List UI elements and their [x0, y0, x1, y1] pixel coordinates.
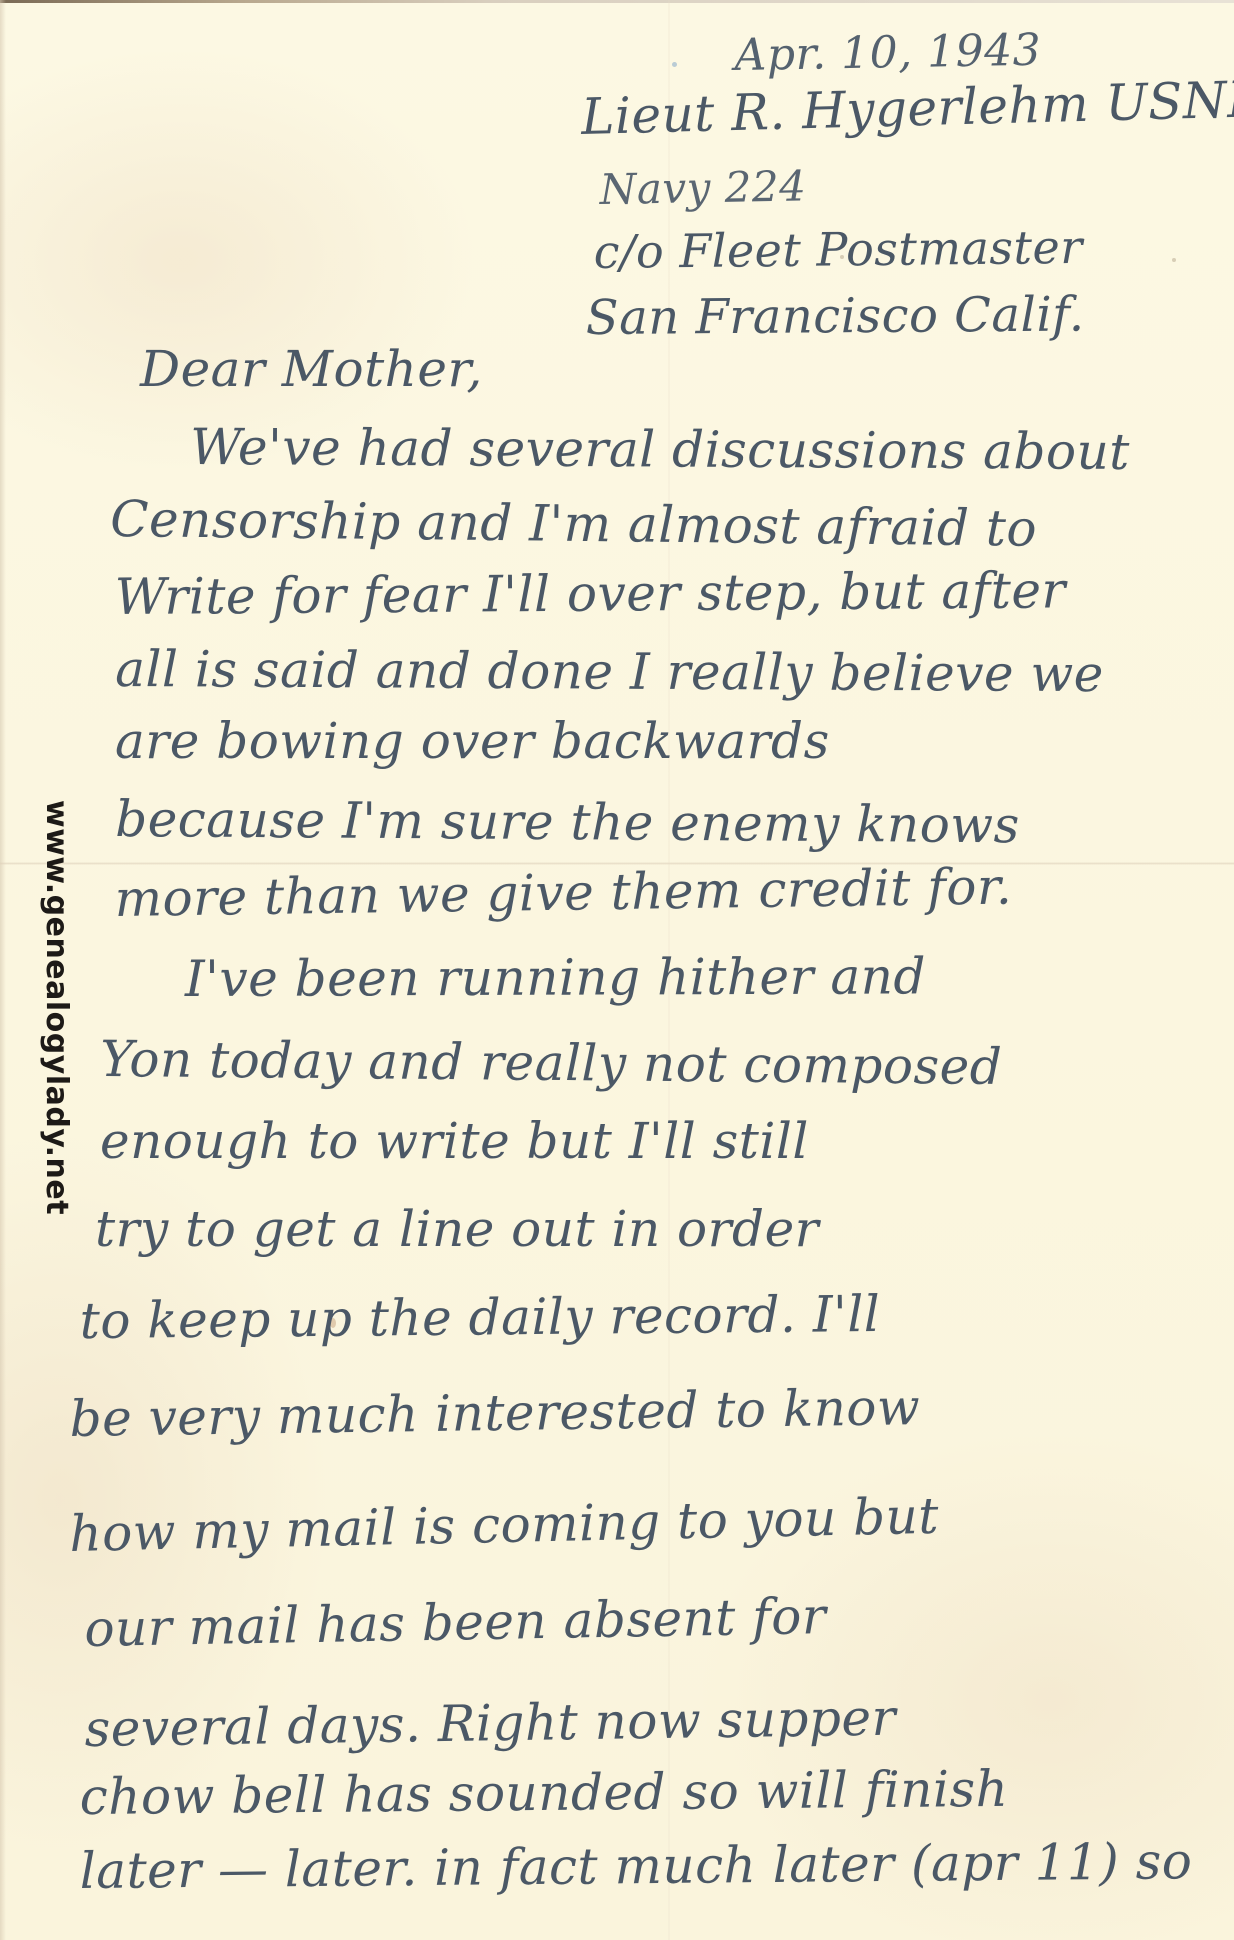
letter-line: We've had several discussions about [190, 418, 1130, 481]
letter-page: Apr. 10, 1943 Lieut R. Hygerlehm USNR. N… [0, 0, 1234, 1940]
sender-unit: Navy 224 [599, 161, 807, 214]
paper-top-edge [0, 0, 1234, 3]
ink-spot [1172, 258, 1176, 262]
letter-line: be very much interested to know [69, 1378, 920, 1448]
letter-line: Write for fear I'll over step, but after [115, 561, 1066, 626]
letter-line: Censorship and I'm almost afraid to [110, 490, 1037, 558]
letter-line: to keep up the daily record. I'll [79, 1285, 880, 1350]
letter-line: are bowing over backwards [115, 712, 830, 770]
letter-line: later — later. in fact much later (apr 1… [79, 1832, 1192, 1900]
letter-line: because I'm sure the enemy knows [115, 790, 1020, 854]
letter-line: all is said and done I really believe we [115, 640, 1104, 703]
ink-spot [672, 62, 677, 67]
sender-name: Lieut R. Hygerlehm USNR. [580, 70, 1234, 146]
sender-city: San Francisco Calif. [586, 287, 1085, 346]
letter-line: enough to write but I'll still [100, 1112, 809, 1170]
letter-line: I've been running hither and [185, 947, 926, 1008]
watermark-url: www.genealogylady.net [34, 800, 74, 1220]
letter-line: chow bell has sounded so will finish [79, 1760, 1008, 1826]
letter-line: try to get a line out in order [95, 1200, 819, 1258]
letter-line: our mail has been absent for [84, 1587, 827, 1658]
letter-line: more than we give them credit for. [114, 857, 1012, 928]
letter-line: how my mail is coming to you but [69, 1487, 940, 1563]
paper-left-edge [0, 0, 6, 1940]
letter-line: several days. Right now supper [84, 1689, 896, 1758]
sender-address: c/o Fleet Postmaster [593, 220, 1083, 279]
letter-date: Apr. 10, 1943 [734, 25, 1041, 81]
letter-line: Yon today and really not composed [100, 1030, 1003, 1096]
letter-greeting: Dear Mother, [140, 340, 483, 398]
